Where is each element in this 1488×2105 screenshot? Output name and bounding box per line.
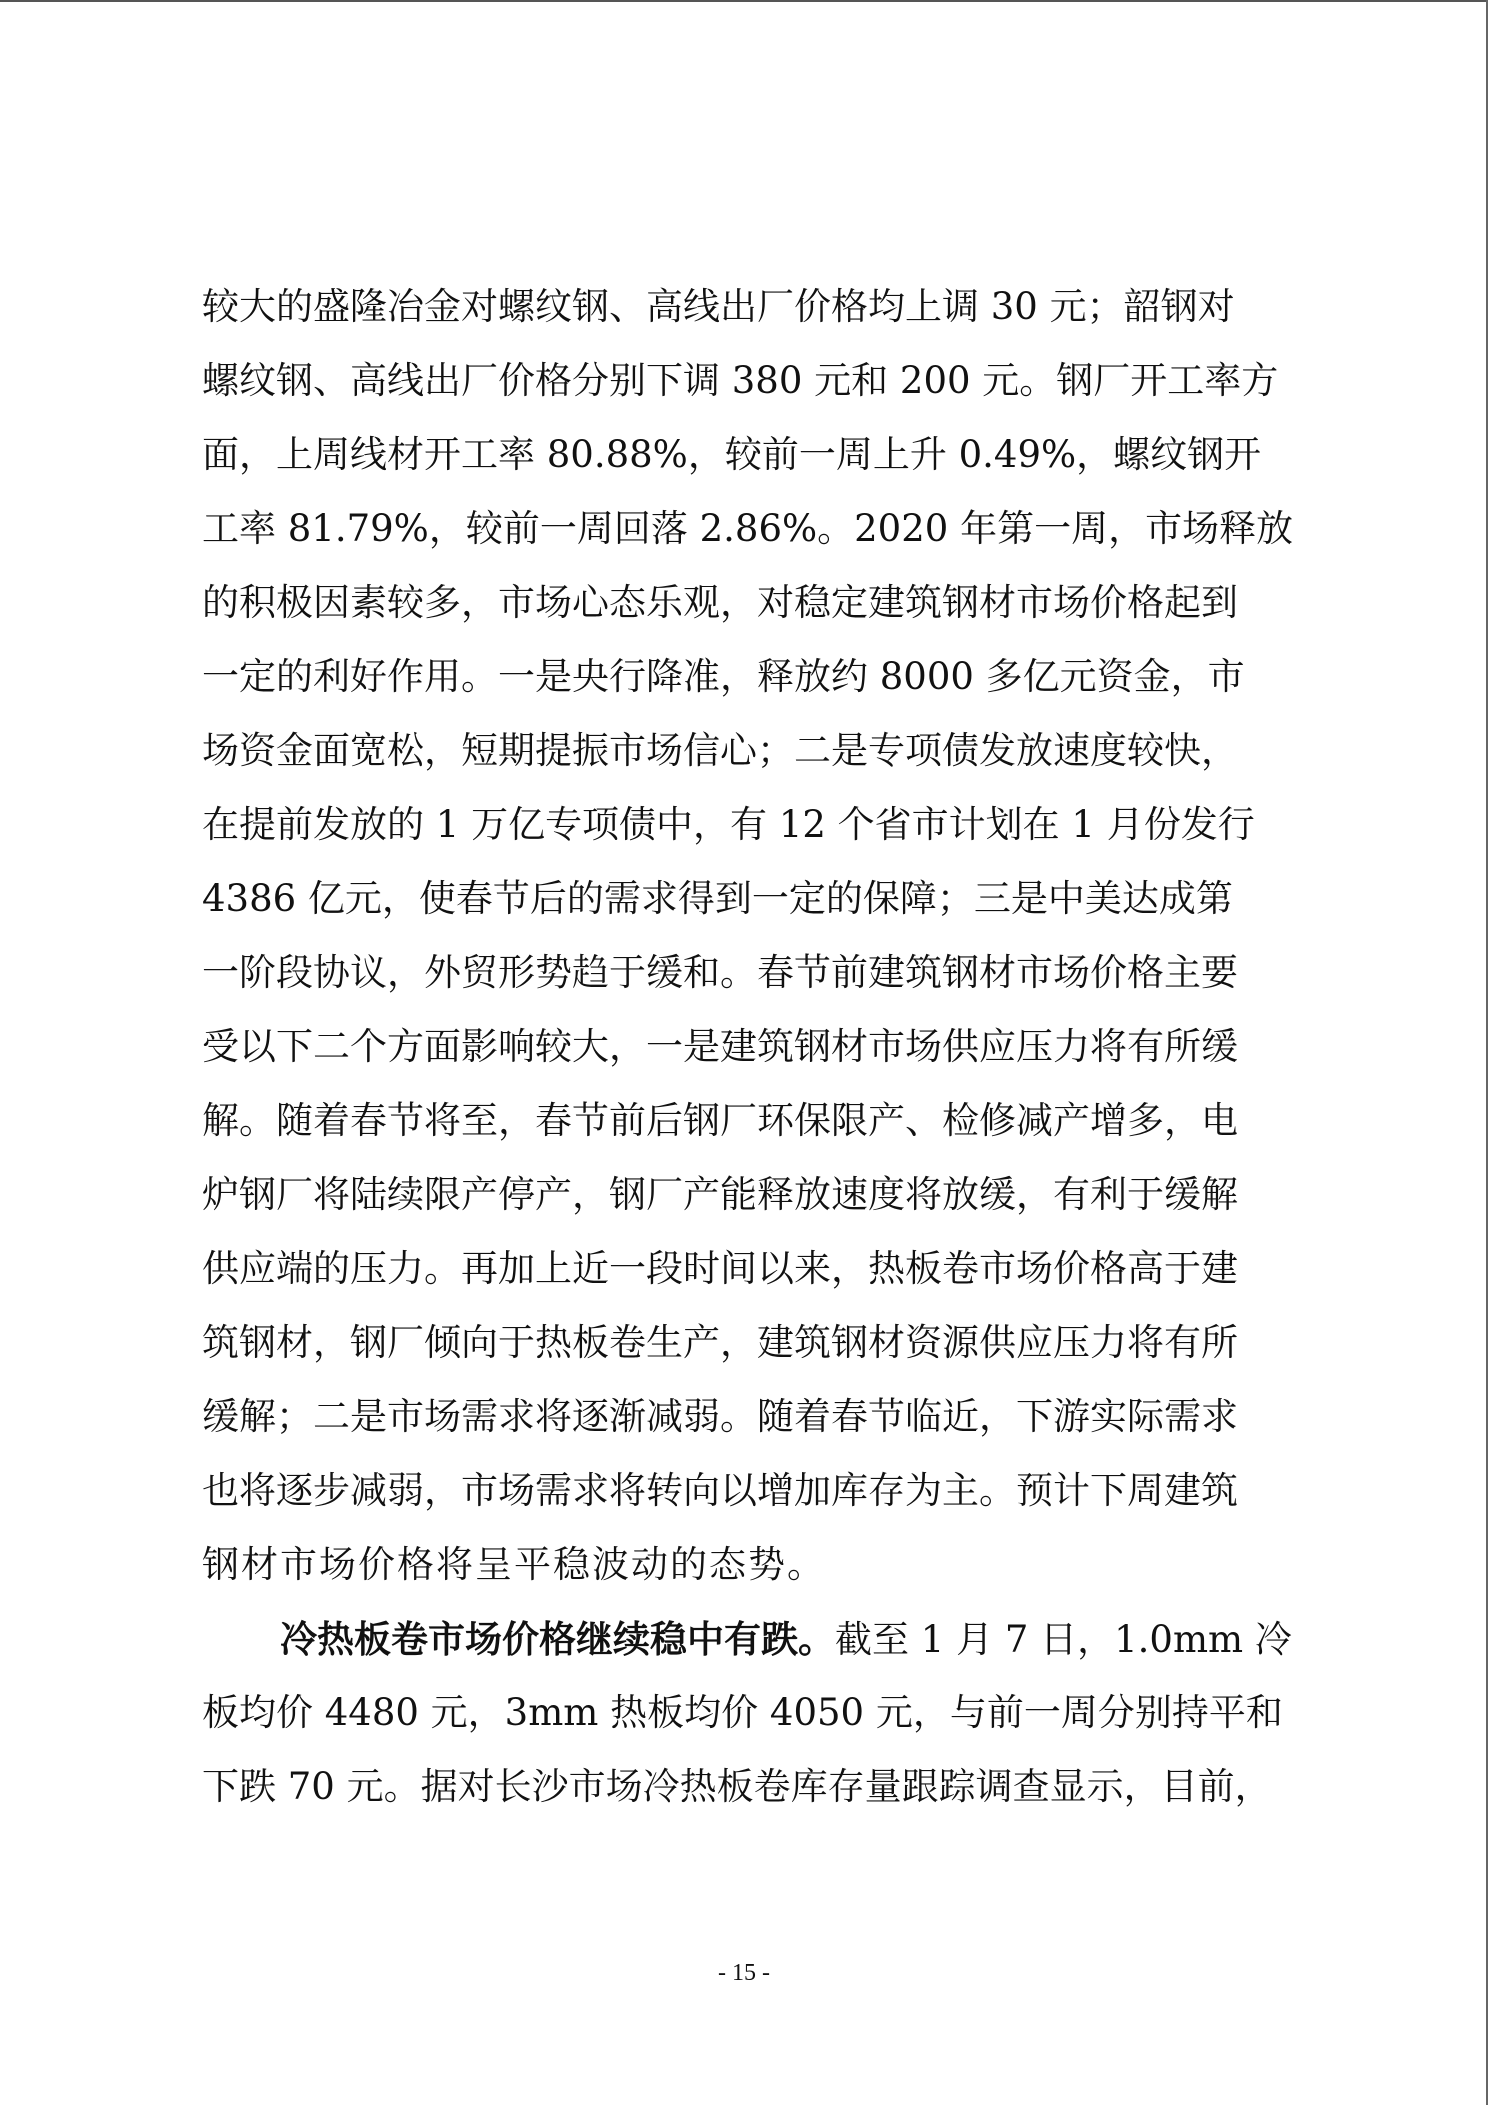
text-line: 受以下二个方面影响较大，一是建筑钢材市场供应压力将有所缓	[202, 1022, 1300, 1096]
text-line: 螺纹钢、高线出厂价格分别下调 380 元和 200 元。钢厂开工率方	[202, 356, 1300, 430]
page-body: 较大的盛隆冶金对螺纹钢、高线出厂价格均上调 30 元；韶钢对 螺纹钢、高线出厂价…	[202, 282, 1300, 1836]
text-line: 工率 81.79%，较前一周回落 2.86%。2020 年第一周，市场释放	[202, 504, 1300, 578]
paragraph-building-steel: 较大的盛隆冶金对螺纹钢、高线出厂价格均上调 30 元；韶钢对 螺纹钢、高线出厂价…	[202, 282, 1300, 1614]
text-run: 截至 1 月 7 日，1.0mm 冷	[835, 1618, 1292, 1661]
text-line: 解。随着春节将至，春节前后钢厂环保限产、检修减产增多，电	[202, 1096, 1300, 1170]
text-line: 一定的利好作用。一是央行降准，释放约 8000 多亿元资金，市	[202, 652, 1300, 726]
text-line: 4386 亿元，使春节后的需求得到一定的保障；三是中美达成第	[202, 874, 1300, 948]
page-top-border	[0, 0, 1488, 2]
text-line: 一阶段协议，外贸形势趋于缓和。春节前建筑钢材市场价格主要	[202, 948, 1300, 1022]
text-line: 炉钢厂将陆续限产停产，钢厂产能释放速度将放缓，有利于缓解	[202, 1170, 1300, 1244]
text-line: 也将逐步减弱，市场需求将转向以增加库存为主。预计下周建筑	[202, 1466, 1300, 1540]
text-line: 供应端的压力。再加上近一段时间以来，热板卷市场价格高于建	[202, 1244, 1300, 1318]
text-line: 板均价 4480 元，3mm 热板均价 4050 元，与前一周分别持平和	[202, 1688, 1300, 1762]
text-line-with-heading: 冷热板卷市场价格继续稳中有跌。截至 1 月 7 日，1.0mm 冷	[202, 1614, 1300, 1688]
text-line: 的积极因素较多，市场心态乐观，对稳定建筑钢材市场价格起到	[202, 578, 1300, 652]
text-line: 面，上周线材开工率 80.88%，较前一周上升 0.49%，螺纹钢开	[202, 430, 1300, 504]
paragraph-cold-hot-coil: 冷热板卷市场价格继续稳中有跌。截至 1 月 7 日，1.0mm 冷 板均价 44…	[202, 1614, 1300, 1836]
text-line: 缓解；二是市场需求将逐渐减弱。随着春节临近，下游实际需求	[202, 1392, 1300, 1466]
text-line: 在提前发放的 1 万亿专项债中，有 12 个省市计划在 1 月份发行	[202, 800, 1300, 874]
text-line: 钢材市场价格将呈平稳波动的态势。	[202, 1540, 1300, 1614]
text-line: 较大的盛隆冶金对螺纹钢、高线出厂价格均上调 30 元；韶钢对	[202, 282, 1300, 356]
page-number: - 15 -	[0, 1960, 1488, 1987]
paragraph-heading: 冷热板卷市场价格继续稳中有跌。	[280, 1617, 835, 1661]
text-line: 筑钢材，钢厂倾向于热板卷生产，建筑钢材资源供应压力将有所	[202, 1318, 1300, 1392]
text-line: 场资金面宽松，短期提振市场信心；二是专项债发放速度较快，	[202, 726, 1300, 800]
text-line: 下跌 70 元。据对长沙市场冷热板卷库存量跟踪调查显示，目前，	[202, 1762, 1300, 1836]
